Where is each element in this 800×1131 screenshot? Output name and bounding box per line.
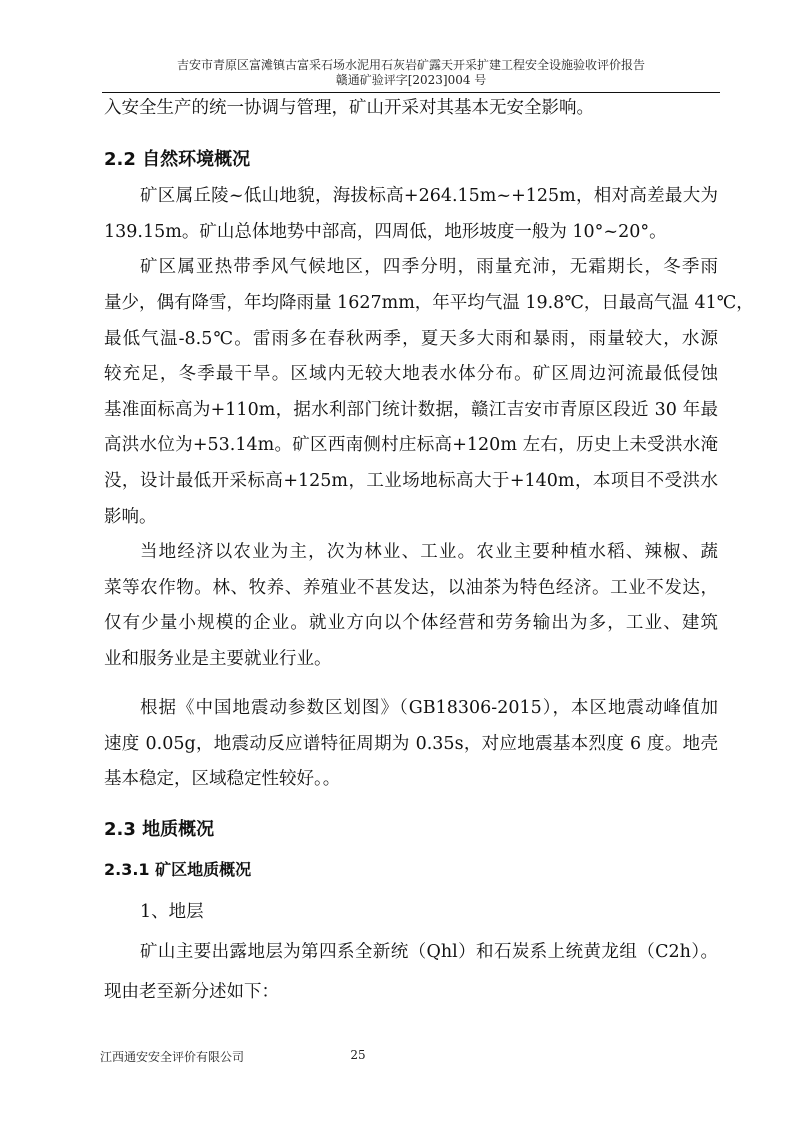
- paragraph-line: 影响。: [104, 505, 157, 529]
- section-heading-2-3: 2.3 地质概况: [104, 818, 214, 842]
- paragraph-line: 较充足，冬季最干旱。区域内无较大地表水体分布。矿区周边河流最低侵蚀: [104, 362, 718, 386]
- paragraph-line: 最低气温-8.5℃。雷雨多在春秋两季，夏天多大雨和暴雨，雨量较大，水源: [104, 327, 718, 351]
- paragraph-line: 矿区属亚热带季风气候地区，四季分明，雨量充沛，无霜期长，冬季雨: [104, 255, 718, 279]
- paragraph-line: 当地经济以农业为主，次为林业、工业。农业主要种植水稻、辣椒、蔬: [104, 540, 718, 564]
- paragraph-line: 矿山主要出露地层为第四系全新统（Qhl）和石炭系上统黄龙组（C2h）。: [104, 940, 718, 964]
- continuation-text: 入安全生产的统一协调与管理，矿山开采对其基本无安全影响。: [104, 96, 594, 120]
- header-divider: [102, 92, 720, 93]
- section-heading-2-2: 2.2 自然环境概况: [104, 148, 250, 172]
- paragraph-line: 业和服务业是主要就业行业。: [104, 647, 332, 671]
- document-number: 赣通矿验评字[2023]004 号: [102, 73, 720, 88]
- subsection-heading-2-3-1: 2.3.1 矿区地质概况: [104, 858, 251, 882]
- paragraph-line: 根据《中国地震动参数区划图》（GB18306-2015），本区地震动峰值加: [104, 696, 718, 720]
- paragraph-line: 菜等农作物。林、牧养、养殖业不甚发达，以油茶为特色经济。工业不发达，: [104, 576, 718, 600]
- page-number: 25: [318, 1048, 398, 1062]
- footer-company-name: 江西通安安全评价有限公司: [100, 1048, 244, 1065]
- running-header: 吉安市青原区富滩镇古富采石场水泥用石灰岩矿露天开采扩建工程安全设施验收评价报告 …: [102, 58, 720, 88]
- paragraph-line: 现由老至新分述如下：: [104, 980, 279, 1004]
- report-title: 吉安市青原区富滩镇古富采石场水泥用石灰岩矿露天开采扩建工程安全设施验收评价报告: [102, 58, 720, 73]
- paragraph-line: 没，设计最低开采标高+125m，工业场地标高大于+140m，本项目不受洪水: [104, 469, 718, 493]
- list-item-label: 1、地层: [104, 900, 204, 924]
- paragraph-line: 高洪水位为+53.14m。矿区西南侧村庄标高+120m 左右，历史上未受洪水淹: [104, 433, 718, 457]
- paragraph-line: 139.15m。矿山总体地势中部高，四周低，地形坡度一般为 10°~20°。: [104, 220, 667, 244]
- paragraph-line: 量少，偶有降雪，年均降雨量 1627mm，年平均气温 19.8℃，日最高气温 4…: [104, 291, 718, 315]
- paragraph-line: 基本稳定，区域稳定性较好。。: [104, 767, 340, 791]
- paragraph-line: 矿区属丘陵~低山地貌，海拔标高+264.15m~+125m，相对高差最大为: [104, 184, 718, 208]
- paragraph-line: 速度 0.05g，地震动反应谱特征周期为 0.35s，对应地震基本烈度 6 度。…: [104, 732, 718, 756]
- paragraph-line: 仅有少量小规模的企业。就业方向以个体经营和劳务输出为多，工业、建筑: [104, 611, 718, 635]
- paragraph-line: 基准面标高为+110m，据水利部门统计数据，赣江吉安市青原区段近 30 年最: [104, 398, 718, 422]
